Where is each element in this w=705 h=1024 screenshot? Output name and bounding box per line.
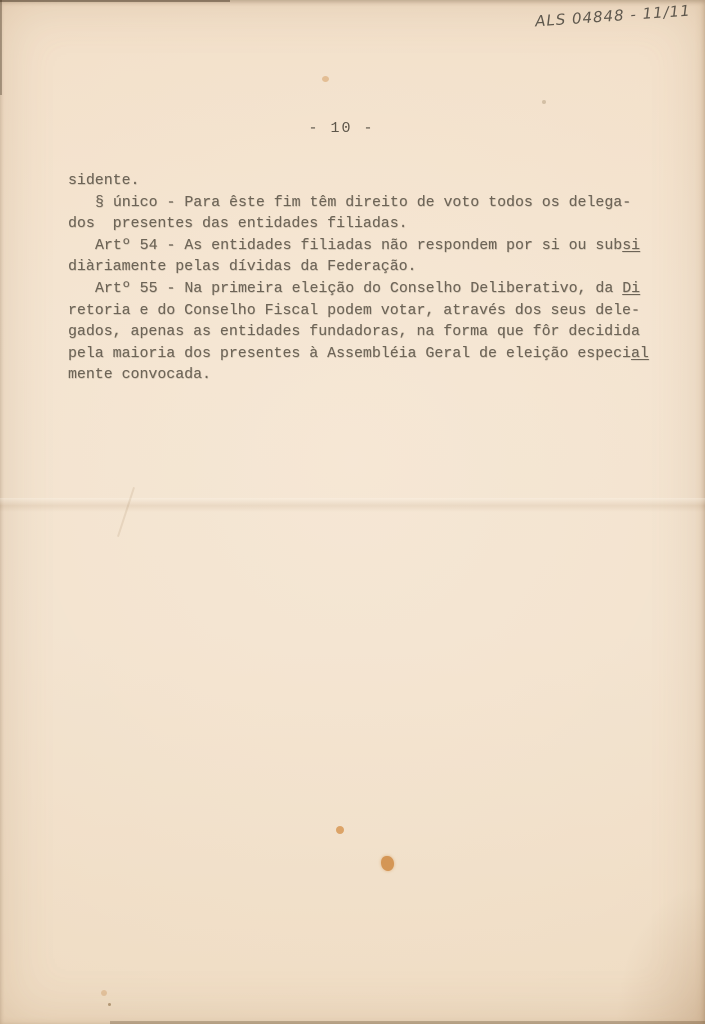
paper-crease-diagonal	[117, 487, 135, 537]
text-line: dos presentes das entidades filiadas.	[68, 214, 660, 236]
text-line: diàriamente pelas dívidas da Federação.	[68, 257, 660, 279]
paper-stain	[108, 1003, 111, 1006]
text-line: sidente.	[68, 171, 660, 193]
paper-stain	[322, 76, 329, 82]
text-line: § único - Para êste fim têm direito de v…	[68, 193, 660, 215]
text-line: gados, apenas as entidades fundadoras, n…	[68, 322, 660, 344]
page-number: - 10 -	[0, 120, 683, 137]
scan-edge-top	[0, 0, 230, 2]
paper-crease-horizontal	[0, 498, 705, 512]
scan-edge-left	[0, 0, 2, 95]
paper-stain	[101, 990, 107, 996]
text-line: retoria e do Conselho Fiscal podem votar…	[68, 301, 660, 323]
handwritten-annotation: ALS 04848 - 11/11	[535, 2, 692, 31]
text-line: pela maioria dos presentes à Assembléia …	[68, 344, 660, 366]
paper-stain	[381, 856, 394, 871]
paper-stain	[336, 826, 344, 834]
text-line: mente convocada.	[68, 365, 660, 387]
text-line: Artº 54 - As entidades filiadas não resp…	[68, 236, 660, 258]
paper-stain	[542, 100, 546, 104]
corner-shadow	[615, 884, 705, 1024]
text-line: Artº 55 - Na primeira eleição do Conselh…	[68, 279, 660, 301]
scanned-page: ALS 04848 - 11/11 - 10 - sidente.§ único…	[0, 0, 705, 1024]
typewritten-text: sidente.§ único - Para êste fim têm dire…	[68, 171, 660, 387]
